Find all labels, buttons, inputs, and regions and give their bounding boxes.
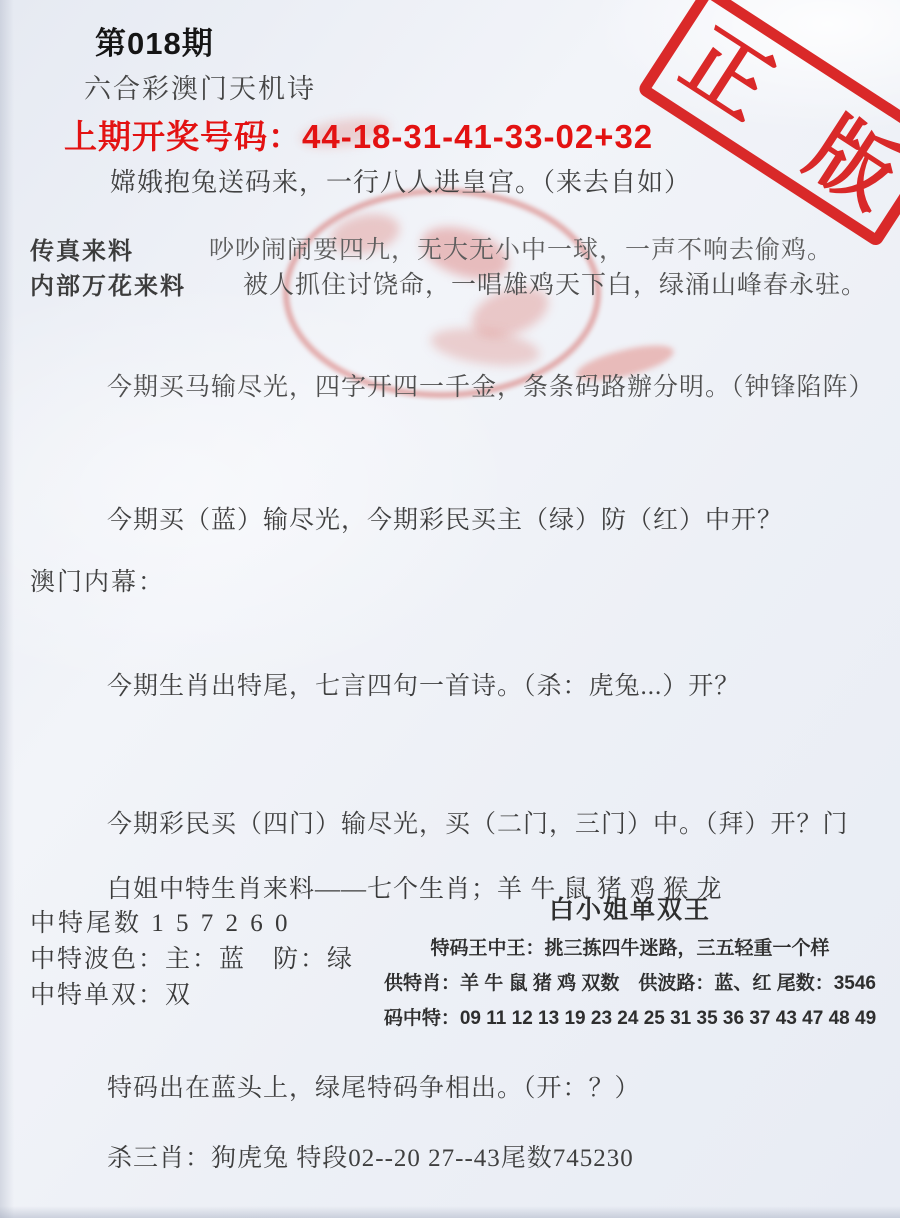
special-code-numbers: 码中特：09 11 12 13 19 23 24 25 31 35 36 37 … (370, 1003, 890, 1030)
poem-line: 嫦娥抱兔送码来，一行八人进皇宫。（来去自如） (110, 162, 691, 199)
stamp-char-2: 版 (795, 105, 900, 221)
tip-line-2: 今期买（蓝）输尽光，今期彩民买主（绿）防（红）中开？ (107, 500, 783, 536)
zodiac-wave-line: 供特肖：羊 牛 鼠 猪 鸡 双数 供波路：蓝、红 尾数：3546 (370, 968, 890, 995)
macau-insider-label: 澳门内幕： (30, 562, 165, 598)
special-tail-numbers: 中特尾数 1 5 7 2 6 0 (30, 903, 291, 939)
internal-source-text: 被人抓住讨饶命，一唱雄鸡天下白，绿涌山峰春永驻。 (243, 265, 867, 301)
last-draw-numbers: 上期开奖号码：44-18-31-41-33-02+32 (64, 111, 653, 158)
fax-source-label: 传真来料 (30, 231, 134, 266)
kill-three-zodiac-line: 杀三肖：狗虎兔 特段02--20 27--43尾数745230 (107, 1138, 634, 1174)
authentic-stamp: 正 版 (636, 0, 900, 248)
tip-line-4: 今期彩民买（四门）输尽光，买（二门，三门）中。（拜）开？门 (107, 804, 849, 840)
internal-source-label: 内部万花来料 (30, 266, 186, 301)
page-subtitle: 六合彩澳门天机诗 (84, 67, 316, 106)
issue-number: 第018期 (95, 18, 214, 63)
king-of-kings-line: 特码王中王：挑三拣四牛迷路，三五轻重一个样 (370, 933, 890, 960)
tip-sheet-page: 第018期 六合彩澳门天机诗 上期开奖号码：44-18-31-41-33-02+… (0, 0, 900, 1218)
fax-source-text: 吵吵闹闹要四九，无大无小中一球，一声不响去偷鸡。 (209, 230, 833, 266)
special-wave-color: 中特波色：主：蓝 防：绿 (30, 939, 354, 975)
tip-line-1: 今期买马输尽光，四字开四一千金，条条码路辦分明。（钟锋陷阵） (107, 367, 875, 403)
stamp-char-1: 正 (669, 16, 785, 132)
white-lady-title: 白小姐单双王 (370, 890, 890, 926)
bottom-tip-line: 特码出在蓝头上，绿尾特码争相出。（开：？） (107, 1068, 641, 1104)
tip-line-3: 今期生肖出特尾，七言四句一首诗。（杀：虎兔...）开？ (107, 666, 740, 702)
white-lady-block: 白小姐单双王 特码王中王：挑三拣四牛迷路，三五轻重一个样 供特肖：羊 牛 鼠 猪… (370, 890, 890, 1038)
special-parity: 中特单双：双 (30, 975, 192, 1011)
